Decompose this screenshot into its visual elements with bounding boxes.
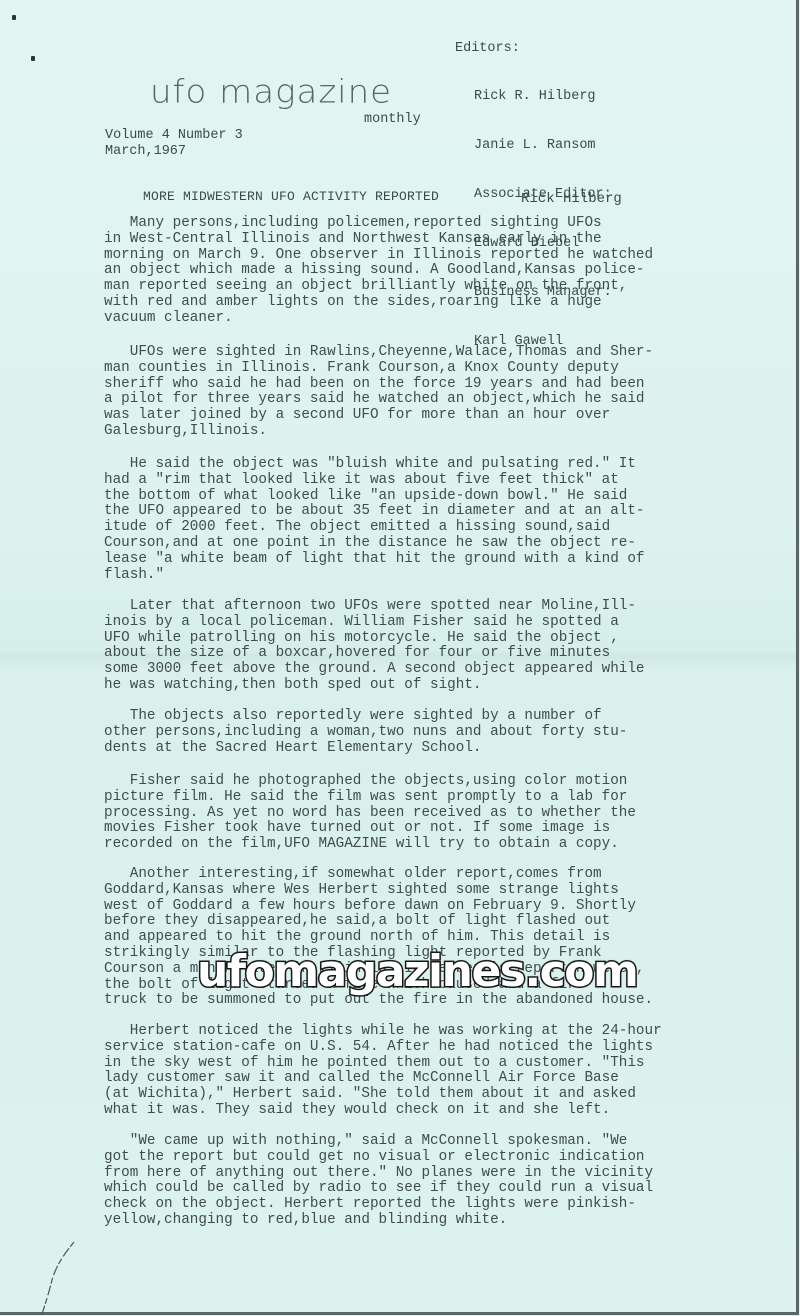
article-paragraph: "We came up with nothing," said a McConn…	[104, 1134, 724, 1229]
frequency-label: monthly	[364, 112, 421, 127]
magazine-title: ufo magazine	[150, 73, 392, 111]
article-paragraph: Herbert noticed the lights while he was …	[104, 1024, 724, 1119]
article-paragraph: Fisher said he photographed the objects,…	[104, 774, 724, 853]
article-paragraph: Later that afternoon two UFOs were spott…	[104, 599, 724, 694]
article-paragraph: The objects also reportedly were sighted…	[104, 709, 724, 756]
site-watermark: ufomagazines.com	[197, 946, 637, 997]
volume-number: Volume 4 Number 3	[105, 128, 243, 144]
editor-name: Janie L. Ransom	[455, 138, 612, 154]
article-headline: MORE MIDWESTERN UFO ACTIVITY REPORTED	[143, 189, 439, 204]
issue-info: Volume 4 Number 3March,1967	[105, 128, 243, 160]
article-paragraph: He said the object was "bluish white and…	[104, 457, 724, 583]
staple-mark	[12, 15, 16, 20]
article-paragraph: Many persons,including policemen,reporte…	[104, 216, 724, 327]
editor-name: Rick R. Hilberg	[455, 89, 612, 105]
article-paragraph: UFOs were sighted in Rawlins,Cheyenne,Wa…	[104, 345, 724, 440]
pen-stroke-mark	[38, 1240, 78, 1316]
staple-mark	[31, 56, 35, 61]
article-byline: Rick Hilberg	[521, 191, 622, 207]
editors-label: Editors:	[455, 41, 612, 57]
issue-date: March,1967	[105, 144, 243, 160]
